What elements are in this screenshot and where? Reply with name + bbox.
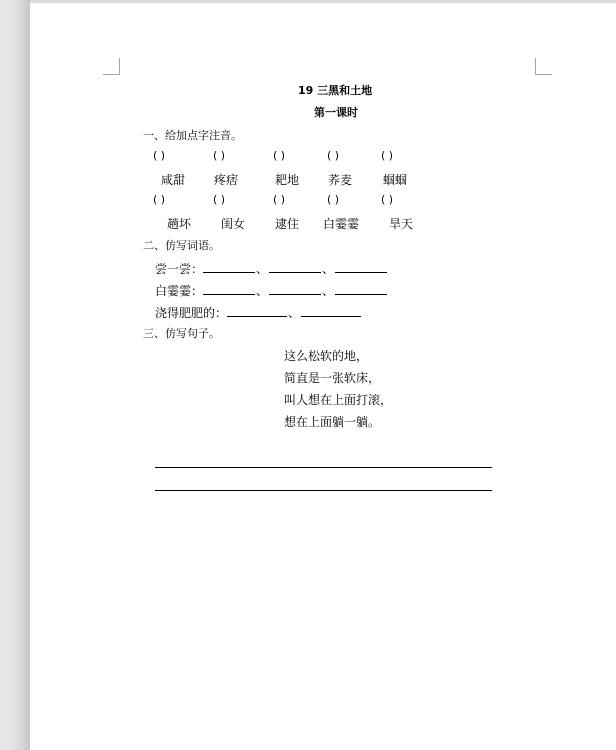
- word-item: 白霎霎: [323, 215, 359, 232]
- paren-blank: ( ): [327, 193, 339, 206]
- section3-heading: 三、仿写句子。: [143, 325, 220, 341]
- paren-blank: ( ): [381, 149, 393, 162]
- separator: 、: [321, 282, 335, 299]
- top-right-margin-mark: [535, 58, 552, 75]
- imitation-row: 尝一尝：、、: [155, 260, 387, 277]
- answer-blank[interactable]: [203, 262, 255, 273]
- answer-blank[interactable]: [335, 262, 387, 273]
- top-left-margin-mark: [103, 58, 120, 75]
- word-item: 旱天: [389, 215, 413, 232]
- window-margin: [0, 0, 30, 750]
- word-item: 逮住: [275, 215, 299, 232]
- answer-blank[interactable]: [335, 284, 387, 295]
- document-subtitle: 第一课时: [314, 104, 358, 120]
- separator: 、: [255, 282, 269, 299]
- paren-blank: ( ): [327, 149, 339, 162]
- document-page: 19 三黑和土地 第一课时 一、给加点字注音。 ( ) ( ) ( ) ( ) …: [30, 3, 616, 750]
- section1-heading: 一、给加点字注音。: [143, 127, 242, 143]
- imitation-label: 尝一尝：: [155, 262, 203, 276]
- answer-blank[interactable]: [203, 284, 255, 295]
- word-item: 耙地: [275, 171, 299, 188]
- imitation-row: 白霎霎：、、: [155, 282, 387, 299]
- document-title: 19 三黑和土地: [298, 82, 372, 98]
- word-item: 闺女: [221, 215, 245, 232]
- paren-blank: ( ): [273, 193, 285, 206]
- answer-line[interactable]: [155, 490, 492, 491]
- separator: 、: [321, 260, 335, 277]
- paren-blank: ( ): [381, 193, 393, 206]
- imitation-label: 白霎霎：: [155, 284, 203, 298]
- separator: 、: [287, 304, 301, 321]
- answer-blank[interactable]: [269, 262, 321, 273]
- answer-blank[interactable]: [269, 284, 321, 295]
- answer-line[interactable]: [155, 467, 492, 468]
- word-item: 咸甜: [161, 171, 185, 188]
- poem-line: 想在上面躺一躺。: [284, 413, 380, 430]
- poem-line: 简直是一张软床，: [284, 369, 380, 386]
- imitation-label: 浇得肥肥的：: [155, 306, 227, 320]
- paren-blank: ( ): [213, 149, 225, 162]
- poem-line: 这么松软的地，: [284, 347, 368, 364]
- answer-blank[interactable]: [227, 306, 287, 317]
- word-item: 趟坏: [167, 215, 191, 232]
- paren-blank: ( ): [213, 193, 225, 206]
- word-item: 蝈蝈: [383, 171, 407, 188]
- paren-blank: ( ): [153, 149, 165, 162]
- imitation-row: 浇得肥肥的：、: [155, 304, 361, 321]
- word-item: 疼痞: [214, 171, 238, 188]
- poem-line: 叫人想在上面打滚，: [284, 391, 392, 408]
- word-item: 荞麦: [328, 171, 352, 188]
- section2-heading: 二、仿写词语。: [143, 237, 220, 253]
- paren-blank: ( ): [273, 149, 285, 162]
- paren-blank: ( ): [153, 193, 165, 206]
- separator: 、: [255, 260, 269, 277]
- answer-blank[interactable]: [301, 306, 361, 317]
